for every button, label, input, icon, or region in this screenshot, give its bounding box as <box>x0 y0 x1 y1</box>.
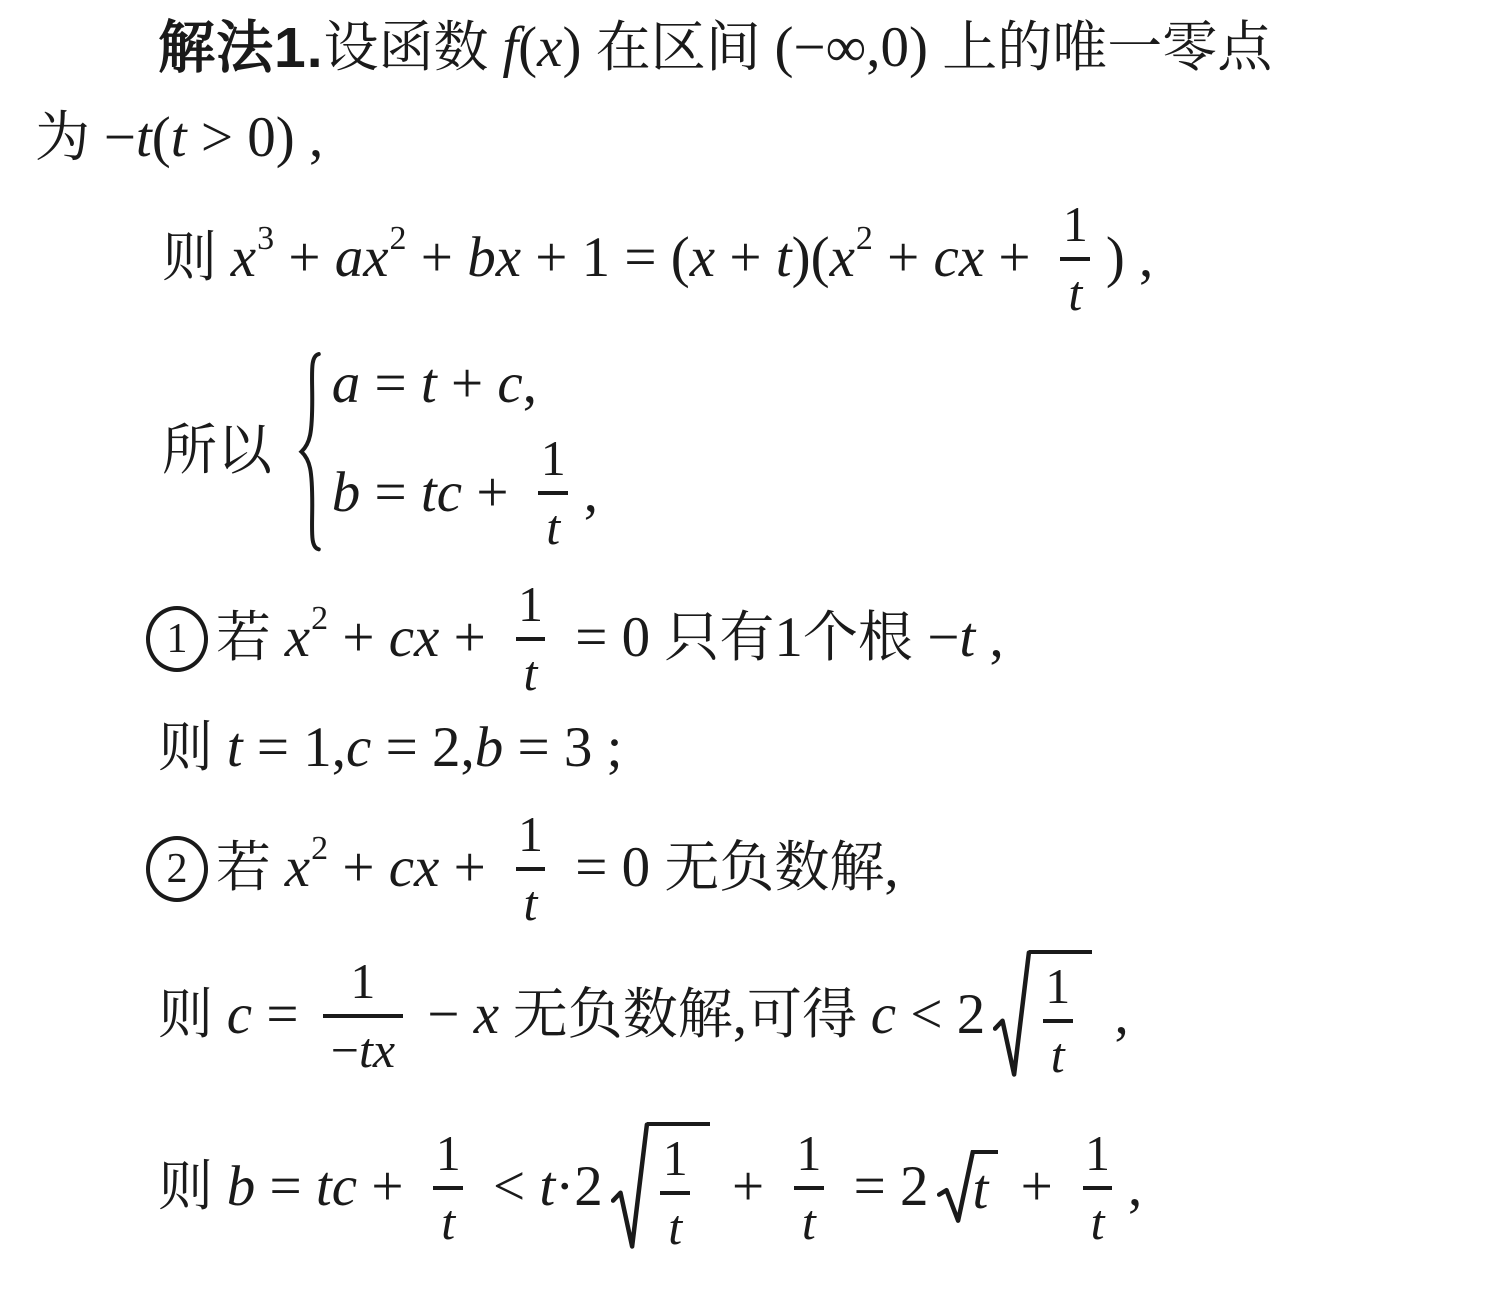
math-variable: t <box>776 224 792 292</box>
math-operator: + <box>718 1153 779 1221</box>
math-variable: t <box>421 350 437 418</box>
text-cn: 则 <box>158 981 227 1050</box>
math-variable: f <box>502 14 518 82</box>
math-variable: t <box>668 1201 682 1254</box>
math-variable: t <box>546 501 560 554</box>
denominator: t <box>1060 257 1090 320</box>
denominator: t <box>538 491 568 554</box>
line-case-2: 2若 x2 + cx + 1t = 0 无负数解, <box>146 808 899 929</box>
text-cn: 则 <box>162 224 231 293</box>
math-operator: = <box>360 459 421 527</box>
math-variable: x <box>231 224 256 292</box>
solution-heading: 解法1. <box>158 14 324 82</box>
fraction: 1t <box>788 1127 829 1248</box>
math-operator: , <box>884 834 898 902</box>
text-cn: 为 <box>35 104 104 173</box>
system-row: b = tc + 1t, <box>332 432 598 553</box>
math-operator: − <box>104 104 136 172</box>
math-variable: cx <box>934 224 985 292</box>
math-variable: x <box>537 14 562 82</box>
math-operator: 1 <box>518 578 543 631</box>
math-variable: t <box>524 877 538 930</box>
math-variable: c <box>497 350 522 418</box>
math-variable: x <box>830 224 855 292</box>
denominator: t <box>660 1191 690 1254</box>
denominator: t <box>433 1186 463 1249</box>
math-operator: + <box>439 604 500 672</box>
math-operator: 1 <box>436 1127 461 1180</box>
math-operator: ( <box>518 14 537 82</box>
math-operator: 1 <box>541 432 566 485</box>
fraction: 1t <box>510 578 551 699</box>
fraction: 1t <box>510 808 551 929</box>
math-operator: = 2 <box>839 1153 928 1221</box>
math-operator: + <box>328 834 389 902</box>
math-variable: t <box>539 1153 555 1221</box>
math-variable: cx <box>389 834 440 902</box>
math-variable: bx <box>467 224 521 292</box>
math-operator: > 0) , <box>187 104 324 172</box>
math-variable: t <box>1068 267 1082 320</box>
text-cn: 则 <box>158 1153 227 1222</box>
math-variable: x <box>474 981 499 1049</box>
math-operator: , <box>523 350 537 418</box>
radical-icon <box>993 950 1031 1081</box>
fraction: 1t <box>428 1127 469 1248</box>
math-operator: − <box>331 1024 359 1077</box>
math-operator: , <box>1128 1153 1142 1221</box>
math-variable: tx <box>359 1024 395 1077</box>
line-b-bound: 则 b = tc + 1t < t·21t + 1t = 2t + 1t, <box>158 1122 1142 1253</box>
math-operator: < <box>479 1153 540 1221</box>
math-operator: , <box>1100 981 1129 1049</box>
numerator: 1 <box>1077 1127 1118 1186</box>
math-variable: t <box>802 1196 816 1249</box>
math-operator: + <box>328 604 389 672</box>
math-variable: x <box>690 224 715 292</box>
text-cn: 所以 <box>162 417 286 486</box>
line-system: 所以 a = t + c,b = tc + 1t, <box>162 350 598 553</box>
math-variable: x <box>285 604 310 672</box>
math-operator: 1 <box>1085 1127 1110 1180</box>
numerator: 1 <box>1055 198 1096 257</box>
math-variable: t <box>524 647 538 700</box>
text-cn: 只有 <box>664 604 774 673</box>
numerator: 1 <box>428 1127 469 1186</box>
math-operator: , <box>975 604 1004 672</box>
radicand: 1t <box>1029 950 1092 1081</box>
math-variable: t <box>1051 1029 1065 1082</box>
math-operator: = 0 <box>561 834 664 902</box>
math-variable: t <box>227 714 243 782</box>
line-zero-point: 为 −t(t > 0) , <box>35 104 323 173</box>
math-operator: + 1 = ( <box>521 224 690 292</box>
superscript: 2 <box>311 602 328 636</box>
denominator: t <box>516 867 546 930</box>
superscript: 2 <box>311 832 328 866</box>
math-operator: = <box>255 1153 316 1221</box>
square-root: 1t <box>993 950 1092 1081</box>
text-cn: 可得 <box>747 981 871 1050</box>
math-operator: 1 <box>350 955 375 1008</box>
math-operator: + <box>1006 1153 1067 1221</box>
line-heading: 解法1.设函数 f(x) 在区间 (−∞,0) 上的唯一零点 <box>158 14 1272 83</box>
fraction: 1t <box>1055 198 1096 319</box>
math-operator: = <box>360 350 421 418</box>
square-root: t <box>937 1150 999 1224</box>
denominator: t <box>794 1186 824 1249</box>
text-cn: 个根 <box>803 604 913 673</box>
line-c-bound: 则 c = 1−tx − x 无负数解,可得 c < 21t , <box>158 950 1129 1081</box>
math-operator: ·2 <box>555 1153 602 1221</box>
math-operator: ) , <box>1106 224 1153 292</box>
superscript: 2 <box>856 222 873 256</box>
math-variable: b <box>332 459 361 527</box>
math-variable: t <box>1091 1196 1105 1249</box>
denominator: t <box>1043 1019 1073 1082</box>
system-rows: a = t + c,b = tc + 1t, <box>332 350 598 553</box>
math-operator: , <box>584 459 598 527</box>
radicand: 1t <box>647 1122 710 1253</box>
left-brace-icon <box>296 350 322 553</box>
text-cn: 上的唯一零点 <box>942 14 1272 83</box>
fraction: 1t <box>533 432 574 553</box>
math-operator: 1 <box>1063 198 1088 251</box>
fraction: 1t <box>655 1132 696 1253</box>
math-operator: = 3 ; <box>503 714 622 782</box>
text-cn: 若 <box>216 604 285 673</box>
text-cn: 若 <box>216 834 285 903</box>
numerator: 1 <box>655 1132 696 1191</box>
text-cn: 设函数 <box>324 14 503 83</box>
document-page: 解法1.设函数 f(x) 在区间 (−∞,0) 上的唯一零点为 −t(t > 0… <box>0 0 1500 1305</box>
math-operator: + <box>439 834 500 902</box>
math-variable: tc <box>316 1153 357 1221</box>
math-operator: − <box>413 981 474 1049</box>
square-root: 1t <box>611 1122 710 1253</box>
numerator: 1 <box>533 432 574 491</box>
math-operator: ) <box>562 14 595 82</box>
math-operator: + <box>462 459 523 527</box>
math-operator: )( <box>792 224 830 292</box>
math-operator: + <box>437 350 498 418</box>
math-operator: + <box>715 224 776 292</box>
math-operator: + <box>357 1153 418 1221</box>
math-operator: + <box>984 224 1045 292</box>
numerator: 1 <box>1037 960 1078 1019</box>
radical-icon <box>611 1122 649 1253</box>
math-variable: c <box>227 981 252 1049</box>
denominator: t <box>1083 1186 1113 1249</box>
math-variable: x <box>285 834 310 902</box>
math-operator: + <box>873 224 934 292</box>
superscript: 3 <box>257 222 274 256</box>
math-operator: − <box>913 604 959 672</box>
radical-icon <box>937 1150 975 1224</box>
text-cn: 则 <box>158 714 227 783</box>
line-case-1: 1若 x2 + cx + 1t = 0 只有1个根 −t , <box>146 578 1004 699</box>
math-variable: c <box>871 981 896 1049</box>
math-variable: ax <box>335 224 389 292</box>
math-operator: + <box>274 224 335 292</box>
math-variable: c <box>346 714 371 782</box>
circled-number: 1 <box>146 606 208 672</box>
radicand: t <box>973 1150 999 1224</box>
math-operator: = 2, <box>371 714 474 782</box>
math-operator: + <box>407 224 468 292</box>
line-case-1-result: 则 t = 1,c = 2,b = 3 ; <box>158 714 622 783</box>
text-cn: 无负数解 <box>499 981 733 1050</box>
numerator: 1 <box>342 955 383 1014</box>
fraction: 1t <box>1037 960 1078 1081</box>
math-operator: 1 <box>518 808 543 861</box>
numerator: 1 <box>510 808 551 867</box>
circled-number: 2 <box>146 836 208 902</box>
math-operator: ( <box>152 104 171 172</box>
math-variable: t <box>136 104 152 172</box>
math-operator: (−∞,0) <box>774 14 942 82</box>
numerator: 1 <box>510 578 551 637</box>
math-operator: 1 <box>774 604 803 672</box>
math-operator: 1 <box>663 1132 688 1185</box>
math-variable: t <box>441 1196 455 1249</box>
math-variable: t <box>171 104 187 172</box>
math-operator: = 0 <box>561 604 664 672</box>
math-operator: 1 <box>796 1127 821 1180</box>
math-variable: b <box>227 1153 256 1221</box>
system-row: a = t + c, <box>332 350 598 418</box>
equation-system: a = t + c,b = tc + 1t, <box>296 350 598 553</box>
math-variable: cx <box>389 604 440 672</box>
fraction: 1−tx <box>323 955 403 1076</box>
math-variable: tc <box>421 459 462 527</box>
denominator: t <box>516 637 546 700</box>
math-operator: 1 <box>1045 960 1070 1013</box>
text-cn: 在区间 <box>596 14 775 83</box>
numerator: 1 <box>788 1127 829 1186</box>
math-operator: < 2 <box>896 981 985 1049</box>
text-cn: 无负数解 <box>664 834 884 903</box>
denominator: −tx <box>323 1014 403 1077</box>
math-variable: t <box>973 1156 989 1224</box>
fraction: 1t <box>1077 1127 1118 1248</box>
superscript: 2 <box>390 222 407 256</box>
math-variable: b <box>475 714 504 782</box>
math-variable: a <box>332 350 361 418</box>
math-variable: t <box>959 604 975 672</box>
math-operator: , <box>733 981 747 1049</box>
math-operator: = 1, <box>243 714 346 782</box>
line-factorization: 则 x3 + ax2 + bx + 1 = (x + t)(x2 + cx + … <box>162 198 1153 319</box>
math-operator: = <box>252 981 313 1049</box>
